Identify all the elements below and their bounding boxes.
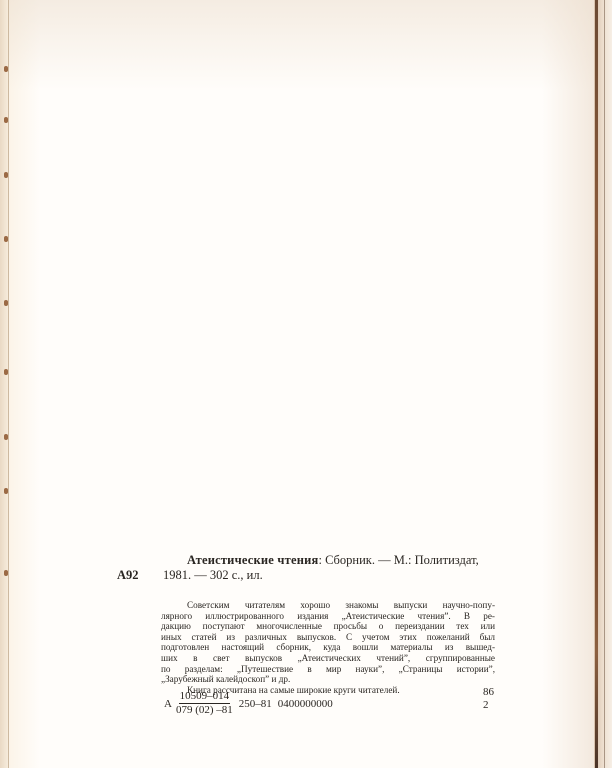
binding-stitch (4, 488, 8, 494)
classification-code: А 10509–014 079 (02) –81 250–81 04000000… (164, 690, 339, 717)
annotation-line: „Зарубежный калейдоскоп” и др. (161, 674, 495, 685)
cover-edge-line (604, 0, 605, 768)
binding-stitch (4, 570, 8, 576)
index-code: А92 (117, 568, 139, 583)
book-title: Атеистические чтения (187, 553, 318, 567)
catalog-title: Атеистические чтения: Сборник. — М.: Пол… (187, 553, 497, 568)
annotation-line: Советским читателям хорошо знакомы выпус… (161, 600, 495, 611)
binding-edge (0, 0, 9, 768)
annotation: Советским читателям хорошо знакомы выпус… (161, 600, 495, 695)
annotation-line: иных статей из различных выпусков. С уче… (161, 632, 495, 643)
annotation-line: по разделам: „Путешествие в мир науки”, … (161, 664, 495, 675)
code-number: 0400000000 (278, 698, 333, 710)
code-numerator: 10509–014 (179, 690, 231, 704)
binding-stitch (4, 434, 8, 440)
book-page: Атеистические чтения: Сборник. — М.: Пол… (0, 0, 612, 768)
bbk-top: 86 (483, 686, 494, 699)
annotation-line: подготовлен настоящий сборник, куда вошл… (161, 642, 495, 653)
binding-stitch (4, 117, 8, 123)
annotation-line: лярного иллюстрированного издания „Атеис… (161, 611, 495, 622)
annotation-line: дакцию поступают многочисленные просьбы … (161, 621, 495, 632)
code-denominator: 079 (02) –81 (176, 704, 233, 717)
bbk-code: 86 2 (483, 686, 494, 712)
code-order: 250–81 (239, 698, 272, 710)
code-fraction: 10509–014 079 (02) –81 (176, 690, 233, 717)
binding-stitch (4, 66, 8, 72)
year-pages: 1981. — 302 с., ил. (163, 568, 263, 583)
cover-edge-line (595, 0, 598, 768)
binding-stitch (4, 369, 8, 375)
bbk-bottom: 2 (483, 699, 494, 712)
binding-stitch (4, 172, 8, 178)
publisher-info: : Сборник. — М.: Политиздат, (318, 553, 478, 567)
annotation-line: ших в свет выпусков „Атеистических чтени… (161, 653, 495, 664)
binding-stitch (4, 236, 8, 242)
binding-stitch (4, 300, 8, 306)
code-letter: А (164, 698, 172, 710)
